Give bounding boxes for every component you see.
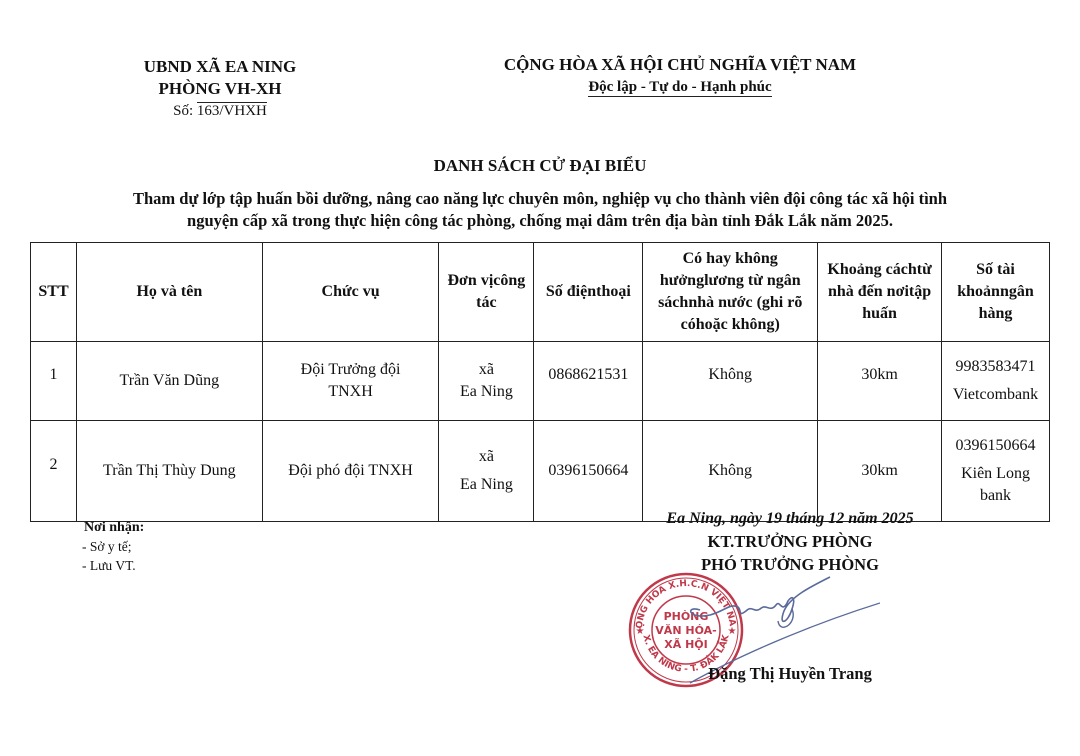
recipients-heading: Nơi nhận: xyxy=(84,518,144,537)
document-number-label: Số: xyxy=(173,103,193,119)
recipient-item: - Lưu VT. xyxy=(82,556,144,575)
delegate-table: STT Họ và tên Chức vụ Đơn vịcông tác Số … xyxy=(30,242,1050,522)
cell-phone: 0868621531 xyxy=(534,342,643,421)
national-title: CỘNG HÒA XÃ HỘI CHỦ NGHĨA VIỆT NAM xyxy=(480,54,880,76)
header-full-name: Họ và tên xyxy=(76,243,262,342)
document-number: Số: 163/VHXH xyxy=(110,100,330,122)
cell-position: Đội phó đội TNXH xyxy=(262,421,439,522)
header-distance: Khoảng cáchtừ nhà đến nơitập huấn xyxy=(818,243,942,342)
header-unit: Đơn vịcông tác xyxy=(439,243,534,342)
cell-stt: 2 xyxy=(31,421,77,522)
cell-bank-account: 0396150664Kiên Longbank xyxy=(942,421,1050,522)
header-bank-account: Số tài khoảnngân hàng xyxy=(942,243,1050,342)
cell-phone: 0396150664 xyxy=(534,421,643,522)
subtitle-line-2: nguyện cấp xã trong thực hiện công tác p… xyxy=(80,210,1000,232)
signer-name: Đặng Thị Huyền Trang xyxy=(690,664,890,684)
cell-distance: 30km xyxy=(818,421,942,522)
agency-name: UBND XÃ EA NING xyxy=(110,56,330,78)
table-row: 1 Trần Văn Dũng Đội Trưởng độiTNXH xãEa … xyxy=(31,342,1050,421)
document-title: DANH SÁCH CỬ ĐẠI BIỂU xyxy=(0,156,1080,176)
header-state-salary: Có hay không hưởnglương từ ngân sáchnhà … xyxy=(643,243,818,342)
cell-name: Trần Thị Thùy Dung xyxy=(76,421,262,522)
svg-text:★: ★ xyxy=(636,626,645,637)
place-date: Ea Ning, ngày 19 tháng 12 năm 2025 xyxy=(620,508,960,530)
table-row: 2 Trần Thị Thùy Dung Đội phó đội TNXH xã… xyxy=(31,421,1050,522)
national-motto: Độc lập - Tự do - Hạnh phúc xyxy=(480,76,880,98)
motto-text: Độc lập - Tự do - Hạnh phúc xyxy=(588,79,771,97)
cell-unit: xãEa Ning xyxy=(439,421,534,522)
issuing-agency-block: UBND XÃ EA NING PHÒNG VH-XH Số: 163/VHXH xyxy=(110,56,330,122)
cell-state-salary: Không xyxy=(643,421,818,522)
national-heading-block: CỘNG HÒA XÃ HỘI CHỦ NGHĨA VIỆT NAM Độc l… xyxy=(480,54,880,98)
cell-stt: 1 xyxy=(31,342,77,421)
document-number-value: 163/VHXH xyxy=(197,102,267,119)
department-name: PHÒNG VH-XH xyxy=(110,78,330,100)
document-subtitle: Tham dự lớp tập huấn bồi dưỡng, nâng cao… xyxy=(80,188,1000,232)
cell-unit: xãEa Ning xyxy=(439,342,534,421)
header-stt: STT xyxy=(31,243,77,342)
cell-bank-account: 9983583471Vietcombank xyxy=(942,342,1050,421)
cell-distance: 30km xyxy=(818,342,942,421)
recipients-block: Nơi nhận: - Sở y tế; - Lưu VT. xyxy=(82,518,144,575)
signature-block: Ea Ning, ngày 19 tháng 12 năm 2025 KT.TR… xyxy=(620,508,960,576)
table-header-row: STT Họ và tên Chức vụ Đơn vịcông tác Số … xyxy=(31,243,1050,342)
signer-title-1: KT.TRƯỞNG PHÒNG xyxy=(620,530,960,553)
cell-name: Trần Văn Dũng xyxy=(76,342,262,421)
header-position: Chức vụ xyxy=(262,243,439,342)
cell-position: Đội Trưởng độiTNXH xyxy=(262,342,439,421)
header-phone: Số điệnthoại xyxy=(534,243,643,342)
recipient-item: - Sở y tế; xyxy=(82,537,144,556)
cell-state-salary: Không xyxy=(643,342,818,421)
subtitle-line-1: Tham dự lớp tập huấn bồi dưỡng, nâng cao… xyxy=(80,188,1000,210)
